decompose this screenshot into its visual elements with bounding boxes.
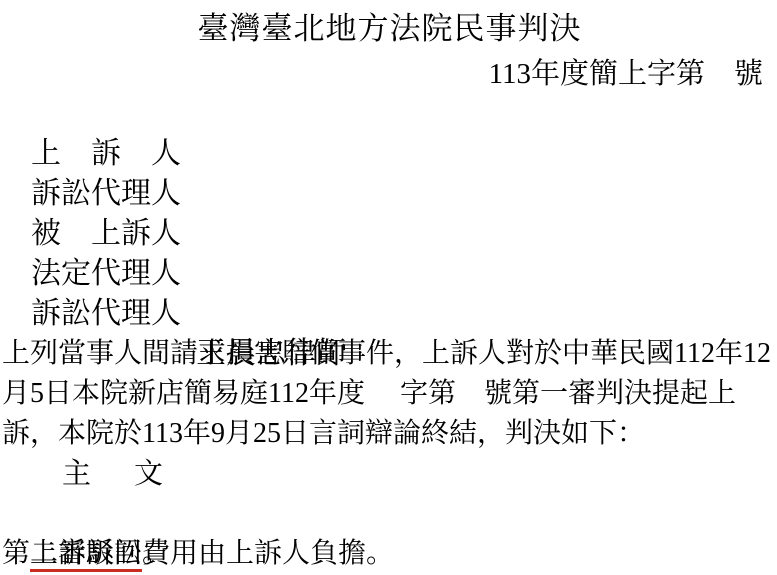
party-row-appellant: 上 訴 人 bbox=[2, 94, 777, 134]
main-text-heading: 主 文 bbox=[2, 454, 777, 494]
party-label: 法定代理人 bbox=[31, 254, 196, 294]
ruling-line-1: 上訴駁回。 bbox=[2, 494, 777, 534]
preamble-line-2: 月5日本院新店簡易庭112年度 字第 號第一審判決提起上 bbox=[2, 374, 777, 414]
party-label: 訴訟代理人 bbox=[31, 294, 196, 334]
preamble-line-1: 上列當事人間請求損害賠償事件，上訴人對於中華民國112年12 bbox=[2, 334, 777, 374]
party-label: 上 訴 人 bbox=[31, 134, 196, 174]
preamble-line-3: 訴，本院於113年9月25日言詞辯論終結，判決如下： bbox=[2, 414, 777, 454]
party-label: 被 上訴人 bbox=[31, 214, 196, 254]
case-number: 113年度簡上字第 號 bbox=[2, 54, 777, 94]
ruling-line-2: 第二審訴訟費用由上訴人負擔。 bbox=[2, 534, 777, 574]
judgment-document: 臺灣臺北地方法院民事判決 113年度簡上字第 號 上 訴 人 訴訟代理人 被 上… bbox=[0, 0, 777, 575]
document-title: 臺灣臺北地方法院民事判決 bbox=[2, 4, 777, 54]
party-label: 訴訟代理人 bbox=[31, 174, 196, 214]
